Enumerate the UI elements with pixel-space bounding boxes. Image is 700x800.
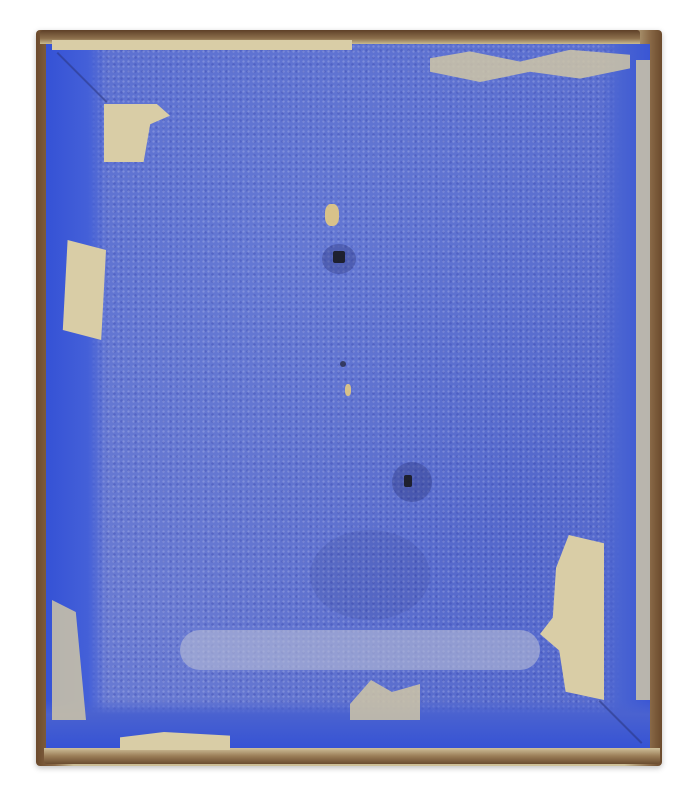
board-bottom-edge xyxy=(44,748,660,764)
stain-lower xyxy=(392,462,432,502)
fleck-small xyxy=(345,384,351,396)
box-photo xyxy=(0,0,700,800)
stain-round-faint xyxy=(310,530,430,620)
pale-wear-bottom-band xyxy=(180,630,540,670)
worn-strip-right xyxy=(636,60,650,700)
hole-small xyxy=(340,361,346,367)
hole-lower xyxy=(404,475,412,487)
hole-center xyxy=(333,251,345,263)
fleck-center-top xyxy=(325,204,339,226)
worn-strip-top-left xyxy=(52,40,352,50)
